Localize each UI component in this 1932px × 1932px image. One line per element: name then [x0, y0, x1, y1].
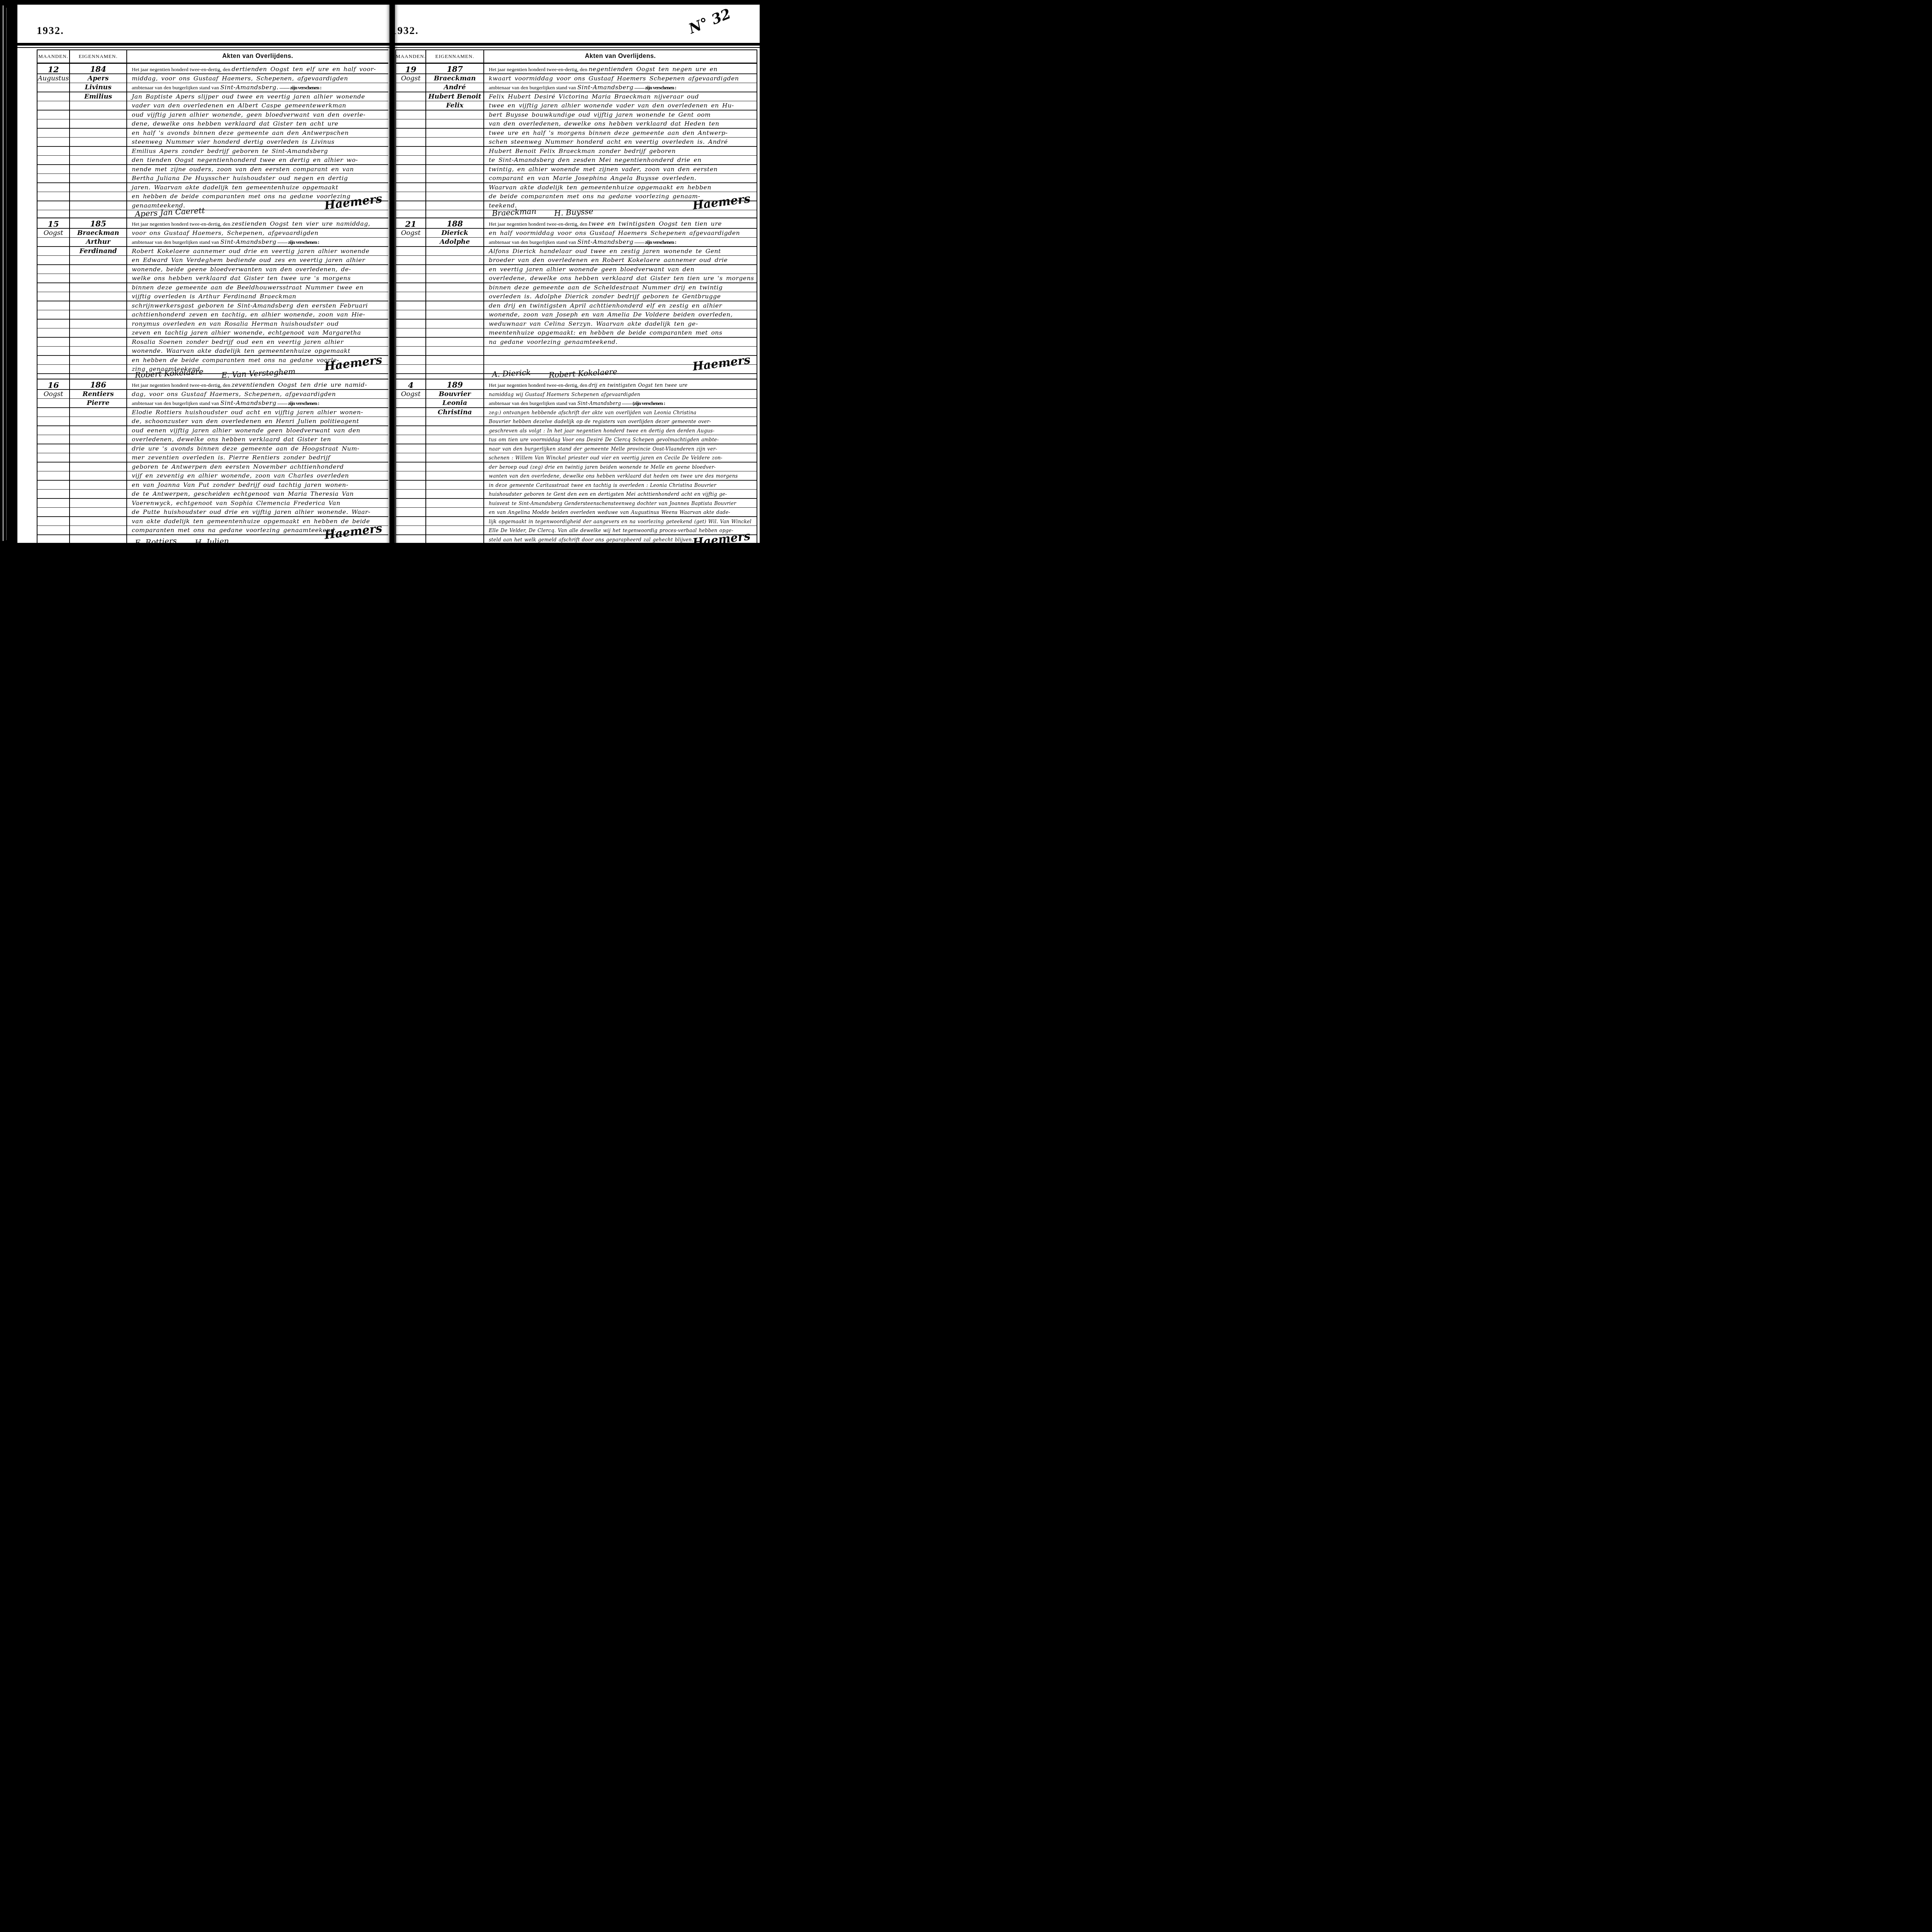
act-line: overledenen, dewelke ons hebben verklaar…	[132, 435, 384, 444]
name-cell: 184ApersLivinusEmilius	[70, 64, 127, 218]
register-entry: 19Oogst187BraeckmanAndréHubert BenoitFel…	[396, 64, 757, 218]
deceased-name-line: Hubert Benoit	[426, 92, 483, 102]
act-line: Jan Baptiste Apers slijper oud twee en v…	[132, 92, 384, 102]
handwritten-text: kwaart voormiddag voor ons Gustaaf Haeme…	[489, 75, 739, 82]
handwritten-text: negentienden Oogst ten negen ure en	[588, 66, 718, 73]
deceased-name-line: Bouvrier	[426, 390, 483, 399]
printed-form-text: Het jaar negentien honderd twee-en-derti…	[132, 382, 231, 388]
act-line-intro: Het jaar negentien honderd twee-en-derti…	[132, 219, 384, 229]
handwritten-text: dag, voor ons Gustaaf Haemers, Schepenen…	[132, 391, 336, 398]
act-line: voor ons Gustaaf Haemers, Schepenen, afg…	[132, 229, 384, 238]
month-cell: 15Oogst	[37, 218, 70, 379]
deceased-name-line: Pierre	[70, 399, 126, 408]
handwritten-text: dene, dewelke ons hebben verklaard dat G…	[132, 120, 338, 127]
act-line: vader van den overledenen en Albert Casp…	[132, 101, 384, 111]
witness-signature: Braeckman	[492, 207, 536, 218]
act-line: binnen deze gemeente aan de Scheldestraa…	[489, 283, 753, 293]
act-line: de te Antwerpen, gescheiden echtgenoot v…	[132, 490, 384, 499]
handwritten-text: Rosalia Soenen zonder bedrijf oud een en…	[132, 338, 344, 345]
act-line: steenweg Nummer vier honderd dertig over…	[132, 138, 384, 147]
act-line: schrijnwerkersgast geboren te Sint-Amand…	[132, 301, 384, 311]
act-line: huishoudster geboren te Gent den een en …	[489, 490, 753, 499]
register-page-left: 1932. MAANDEN. EIGENNAMEN. Akten van Ove…	[17, 5, 389, 543]
entry-month: Augustus	[37, 74, 69, 83]
header-rule-thick	[17, 43, 389, 46]
act-line: namiddag wij Gustaaf Haemers Schepenen a…	[489, 390, 753, 399]
deceased-name-line: André	[426, 83, 483, 92]
handwritten-text: Sint-Amandsberg	[577, 400, 621, 406]
act-line: Rosalia Soenen zonder bedrijf oud een en…	[132, 338, 384, 347]
column-header-akten: Akten van Overlijdens.	[484, 50, 757, 63]
handwritten-text: broeder van den overledenen en Robert Ko…	[489, 257, 728, 264]
witness-signature: Apers Jan Caerett	[135, 206, 205, 218]
handwritten-text: welke ons hebben verklaard dat Gister te…	[132, 275, 351, 282]
handwritten-text: Bertha Juliana De Huysscher huishoudster…	[132, 175, 348, 182]
handwritten-text: vader van den overledenen en Albert Casp…	[132, 102, 346, 109]
act-line: middag, voor ons Gustaaf Haemers, Schepe…	[132, 74, 384, 83]
act-line: oud vijftig jaren alhier wonende, geen b…	[132, 111, 384, 120]
printed-form-text: ambtenaar van den burgerlijken stand van	[132, 85, 220, 90]
handwritten-text: van akte dadelijk ten gemeentenhuize opg…	[132, 518, 370, 525]
act-line: den tienden Oogst negentienhonderd twee …	[132, 156, 384, 165]
book-page-edge	[3, 5, 3, 541]
act-line: jaren. Waarvan akte dadelijk ten gemeent…	[132, 183, 384, 192]
printed-form-text: —— zijn verschenen :	[634, 239, 676, 245]
witness-signature: Robert Kokelaere	[548, 367, 617, 379]
handwritten-text: zeventienden Oogst ten drie ure namid-	[231, 381, 367, 388]
witness-signature: H. Buysse	[554, 207, 594, 218]
handwritten-text: comparant en van Marie Josephina Angela …	[489, 175, 696, 182]
handwritten-text: zeven en tachtig jaren alhier wonende, e…	[132, 329, 361, 336]
handwritten-text: Sint-Amandsberg.	[220, 84, 279, 91]
handwritten-text: middag, voor ons Gustaaf Haemers, Schepe…	[132, 75, 348, 82]
act-line: twintig, en alhier wonende met zijnen va…	[489, 165, 753, 174]
act-number: 187	[426, 65, 483, 74]
printed-form-text: ambtenaar van den burgerlijken stand van	[489, 85, 577, 90]
register-entry: 15Oogst185BraeckmanArthurFerdinandHet ja…	[37, 218, 388, 379]
handwritten-text: namiddag wij Gustaaf Haemers Schepenen a…	[489, 391, 640, 397]
entry-month: Oogst	[37, 390, 69, 399]
handwritten-text: wonende, beide geene bloedverwanten van …	[132, 266, 351, 273]
register-entry: 4Oogst189BouvrierLeoniaChristinaHet jaar…	[396, 379, 757, 543]
act-line-officer: ambtenaar van den burgerlijken stand van…	[132, 83, 384, 92]
act-cell: Het jaar negentien honderd twee-en-derti…	[127, 64, 388, 218]
witness-signature: E. Van Versteghem	[221, 367, 296, 379]
month-cell: 21Oogst	[396, 218, 426, 379]
name-cell: 187BraeckmanAndréHubert BenoitFelix	[426, 64, 484, 218]
act-line-intro: Het jaar negentien honderd twee-en-derti…	[132, 381, 384, 390]
entry-day: 21	[396, 219, 425, 229]
handwritten-text: Jan Baptiste Apers slijper oud twee en v…	[132, 93, 365, 100]
act-line: dene, dewelke ons hebben verklaard dat G…	[132, 119, 384, 129]
act-line-officer: ambtenaar van den burgerlijken stand van…	[489, 83, 753, 92]
handwritten-text: geschreven als volgt : In het jaar negen…	[489, 428, 714, 434]
act-line: lijk opgemaakt in tegenwoordigheid der a…	[489, 517, 753, 526]
act-line: twee ure en half 's morgens binnen deze …	[489, 129, 753, 138]
handwritten-text: en hebben de beide comparanten met ons n…	[132, 193, 350, 200]
handwritten-text: Waarvan akte dadelijk ten gemeentenhuize…	[489, 184, 711, 191]
printed-form-text: ambtenaar van den burgerlijken stand van	[132, 239, 220, 245]
witness-signature: E. Rottiers	[134, 536, 177, 543]
act-line: kwaart voormiddag voor ons Gustaaf Haeme…	[489, 74, 753, 83]
column-header-eigennamen: EIGENNAMEN.	[70, 50, 127, 63]
handwritten-text: twee en vijftig jaren alhier wonende vad…	[489, 102, 734, 109]
handwritten-text: wonende. Waarvan akte dadelijk ten gemee…	[132, 347, 350, 354]
deceased-name-line: Braeckman	[426, 74, 483, 83]
handwritten-text: en hebben de beide comparanten met ons n…	[132, 357, 339, 364]
act-line: meentenhuize opgemaakt: en hebben de bei…	[489, 328, 753, 338]
handwritten-text: na gedane voorlezing genaamteekend.	[489, 338, 618, 345]
handwritten-text: twee en twintigsten Oogst ten tien ure	[588, 220, 722, 227]
year-label: 1932.	[37, 25, 64, 37]
act-cell: Het jaar negentien honderd twee-en-derti…	[484, 379, 757, 543]
act-line: dag, voor ons Gustaaf Haemers, Schepenen…	[132, 390, 384, 399]
printed-form-text: —— zijn verschenen :	[634, 85, 676, 90]
act-line: Bouvrier hebben dezelve dadelijk op de r…	[489, 417, 753, 426]
act-line: Felix Hubert Desiré Victorina Maria Brae…	[489, 92, 753, 102]
handwritten-text: schen steenweg Nummer honderd acht en ve…	[489, 138, 728, 145]
handwritten-text: de beide comparanten met ons na gedane v…	[489, 193, 700, 200]
printed-form-text: Het jaar negentien honderd twee-en-derti…	[132, 221, 231, 227]
act-line: der beroep oud (zeg) drie en twintig jar…	[489, 463, 753, 472]
act-cell: Het jaar negentien honderd twee-en-derti…	[127, 379, 388, 543]
deceased-name-line: Rentiers	[70, 390, 126, 399]
handwritten-text: dertienden Oogst ten elf ure en half voo…	[231, 66, 376, 73]
act-line: de, schoonzuster van den overledenen en …	[132, 417, 384, 426]
act-line: binnen deze gemeente aan de Beeldhouwers…	[132, 283, 384, 293]
handwritten-text: Vaerenwyck, echtgenoot van Sophia Clemen…	[132, 500, 340, 507]
month-cell: 16Oogst	[37, 379, 70, 543]
handwritten-text: Sint-Amandsberg	[577, 238, 633, 245]
act-number: 188	[426, 219, 483, 229]
handwritten-text: de Putte huishoudster oud drie en vijfti…	[132, 509, 371, 515]
printed-form-text: Het jaar negentien honderd twee-en-derti…	[132, 66, 231, 72]
book-page-edge-shadow	[6, 8, 7, 540]
handwritten-text: de, schoonzuster van den overledenen en …	[132, 418, 359, 425]
act-line: geschreven als volgt : In het jaar negen…	[489, 426, 753, 435]
deceased-name-line: Christina	[426, 408, 483, 417]
act-line: Alfons Dierick handelaar oud twee en zes…	[489, 247, 753, 256]
act-line: tus om tien ure voormiddag Voor ons Desi…	[489, 435, 753, 444]
act-line: naar van den burgerlijken stand der geme…	[489, 444, 753, 454]
handwritten-text: en Edward Van Verdeghem bediende oud zes…	[132, 257, 365, 264]
act-number: 184	[70, 65, 126, 74]
column-header-akten: Akten van Overlijdens.	[127, 50, 388, 63]
handwritten-text: de te Antwerpen, gescheiden echtgenoot v…	[132, 490, 354, 497]
act-line: en Edward Van Verdeghem bediende oud zes…	[132, 256, 384, 265]
act-line: Waarvan akte dadelijk ten gemeentenhuize…	[489, 183, 753, 192]
act-line-officer: ambtenaar van den burgerlijken stand van…	[132, 399, 384, 408]
printed-form-text: —— zijn verschenen :	[279, 85, 321, 90]
act-line: huisvest te Sint-Amandsberg Gendersteens…	[489, 499, 753, 508]
act-line: nende met zijne ouders, zoon van den eer…	[132, 165, 384, 174]
deceased-name-line: Ferdinand	[70, 247, 126, 256]
handwritten-text: geboren te Antwerpen den eersten Novembe…	[132, 463, 344, 470]
deceased-name-line: Livinus	[70, 83, 126, 92]
handwritten-text: wonende, zoon van Joseph en van Amelia D…	[489, 311, 733, 318]
handwritten-text: schenen : Willem Van Winckel priester ou…	[489, 455, 723, 461]
act-line: overledene, dewelke ons hebben verklaard…	[489, 274, 753, 283]
handwritten-text: vijftig overleden is Arthur Ferdinand Br…	[132, 293, 296, 300]
act-line: en half voormiddag voor ons Gustaaf Haem…	[489, 229, 753, 238]
header-rule-thin	[395, 47, 760, 48]
register-entry: 21Oogst188DierickAdolpheHet jaar negenti…	[396, 218, 757, 379]
act-line: bert Buysse bouwkundige oud vijftig jare…	[489, 111, 753, 120]
handwritten-text: Alfons Dierick handelaar oud twee en zes…	[489, 248, 721, 255]
deceased-name-line: Leonia	[426, 399, 483, 408]
entries-left: 12Augustus184ApersLivinusEmiliusHet jaar…	[37, 64, 388, 543]
handwritten-text: en half 's avonds binnen deze gemeente a…	[132, 129, 349, 136]
entry-day: 16	[37, 381, 69, 390]
act-line: te Sint-Amandsberg den zesden Mei negent…	[489, 156, 753, 165]
deceased-name-line: Emilius	[70, 92, 126, 102]
act-line: oud eenen vijftig jaren alhier wonende g…	[132, 426, 384, 435]
month-cell: 19Oogst	[396, 64, 426, 218]
handwritten-text: mer zeventien overleden is. Pierre Renti…	[132, 454, 330, 461]
act-cell: Het jaar negentien honderd twee-en-derti…	[484, 218, 757, 379]
printed-form-text: Het jaar negentien honderd twee-en-derti…	[489, 221, 588, 227]
name-cell: 185BraeckmanArthurFerdinand	[70, 218, 127, 379]
act-line: wanten van den overledene, dewelke ons h…	[489, 471, 753, 481]
handwritten-text: en van Angelina Modde beiden overleden w…	[489, 509, 730, 515]
header-rule-thin	[17, 47, 389, 48]
act-line: Robert Kokelaere aannemer oud drie en ve…	[132, 247, 384, 256]
handwritten-text: meentenhuize opgemaakt: en hebben de bei…	[489, 329, 722, 336]
deceased-name-line: Apers	[70, 74, 126, 83]
table-header-row: MAANDEN. EIGENNAMEN. Akten van Overlijde…	[396, 50, 757, 64]
name-cell: 186RentiersPierre	[70, 379, 127, 543]
handwritten-text: oud vijftig jaren alhier wonende, geen b…	[132, 111, 366, 118]
handwritten-text: zestienden Oogst ten vier ure namiddag,	[231, 220, 370, 227]
act-line: en van Joanna Van Put zonder bedrijf oud…	[132, 481, 384, 490]
table-header-row: MAANDEN. EIGENNAMEN. Akten van Overlijde…	[37, 50, 388, 64]
register-table: MAANDEN. EIGENNAMEN. Akten van Overlijde…	[37, 49, 388, 543]
handwritten-text: in deze gemeente Caritasstraat twee en t…	[489, 482, 716, 488]
deceased-name-line: Adolphe	[426, 238, 483, 247]
entry-month: Oogst	[396, 74, 425, 83]
act-line: Elodie Rottiers huishoudster oud acht en…	[132, 408, 384, 417]
handwritten-text: Sint-Amandsberg	[220, 400, 276, 406]
handwritten-text: achttienhonderd zeven en tachtig, en alh…	[132, 311, 365, 318]
act-line: Vaerenwyck, echtgenoot van Sophia Clemen…	[132, 499, 384, 508]
handwritten-text: bert Buysse bouwkundige oud vijftig jare…	[489, 111, 711, 118]
act-line: ronymus overleden en van Rosalia Herman …	[132, 320, 384, 329]
handwritten-text: en half voormiddag voor ons Gustaaf Haem…	[489, 230, 740, 236]
act-line: geboren te Antwerpen den eersten Novembe…	[132, 463, 384, 472]
printed-form-text: ambtenaar van den burgerlijken stand van	[489, 400, 577, 406]
handwritten-text: huishoudster geboren te Gent den een en …	[489, 491, 727, 497]
act-line: broeder van den overledenen en Robert Ko…	[489, 256, 753, 265]
deceased-name-line: Braeckman	[70, 229, 126, 238]
handwritten-text: Elodie Rottiers huishoudster oud acht en…	[132, 409, 363, 416]
handwritten-text: binnen deze gemeente aan de Beeldhouwers…	[132, 284, 364, 291]
handwritten-text: steenweg Nummer vier honderd dertig over…	[132, 138, 335, 145]
act-line: wonende. Waarvan akte dadelijk ten gemee…	[132, 347, 384, 356]
act-line: twee en vijftig jaren alhier wonende vad…	[489, 101, 753, 111]
act-line-intro: Het jaar negentien honderd twee-en-derti…	[489, 65, 753, 74]
act-line: schenen : Willem Van Winckel priester ou…	[489, 453, 753, 463]
handwritten-text: Elle De Velder, De Clercq. Van alle dewe…	[489, 527, 733, 533]
act-line: comparant en van Marie Josephina Angela …	[489, 174, 753, 183]
printed-form-text: Het jaar negentien honderd twee-en-derti…	[489, 382, 588, 388]
act-line: de Putte huishoudster oud drie en vijfti…	[132, 508, 384, 517]
handwritten-text: binnen deze gemeente aan de Scheldestraa…	[489, 284, 723, 291]
act-cell: Het jaar negentien honderd twee-en-derti…	[127, 218, 388, 379]
handwritten-text: comparanten met ons na gedane voorlezing…	[132, 527, 337, 534]
act-line: en veertig jaren alhier wonende geen blo…	[489, 265, 753, 274]
page-number-annotation: N° 32	[686, 5, 733, 37]
column-header-eigennamen: EIGENNAMEN.	[426, 50, 484, 63]
act-line: welke ons hebben verklaard dat Gister te…	[132, 274, 384, 283]
printed-form-text: —— zijn verschenen :	[277, 400, 319, 406]
register-page-right: 1932. N° 32 MAANDEN. EIGENNAMEN. Akten v…	[395, 5, 760, 543]
register-entry: 12Augustus184ApersLivinusEmiliusHet jaar…	[37, 64, 388, 218]
act-line-officer: ambtenaar van den burgerlijken stand van…	[489, 399, 753, 408]
act-line: van akte dadelijk ten gemeentenhuize opg…	[132, 517, 384, 526]
act-line: zeven en tachtig jaren alhier wonende, e…	[132, 328, 384, 338]
act-line: overleden is. Adolphe Dierick zonder bed…	[489, 292, 753, 301]
register-table: MAANDEN. EIGENNAMEN. Akten van Overlijde…	[395, 49, 757, 543]
entry-day: 12	[37, 65, 69, 74]
handwritten-text: huisvest te Sint-Amandsberg Gendersteens…	[489, 500, 736, 506]
month-cell: 12Augustus	[37, 64, 70, 218]
header-rule-thick	[395, 43, 760, 46]
act-line: vijftig overleden is Arthur Ferdinand Br…	[132, 292, 384, 301]
printed-form-text: ambtenaar van den burgerlijken stand van	[132, 400, 220, 406]
printed-form-text: —— zijn verschenen :	[277, 239, 319, 245]
handwritten-text: zeg:) ontvangen hebbende afschrift der a…	[489, 410, 696, 415]
entry-day: 19	[396, 65, 425, 74]
act-line: drie ure 's avonds binnen deze gemeente …	[132, 444, 384, 454]
handwritten-text: ronymus overleden en van Rosalia Herman …	[132, 320, 339, 327]
act-line-intro: Het jaar negentien honderd twee-en-derti…	[132, 65, 384, 74]
name-cell: 189BouvrierLeoniaChristina	[426, 379, 484, 543]
act-line: wonende, beide geene bloedverwanten van …	[132, 265, 384, 274]
handwritten-text: Sint-Amandsberg	[220, 238, 276, 245]
act-number: 185	[70, 219, 126, 229]
act-number: 189	[426, 381, 483, 390]
handwritten-text: twintig, en alhier wonende met zijnen va…	[489, 166, 718, 173]
handwritten-text: tus om tien ure voormiddag Voor ons Desi…	[489, 437, 719, 442]
act-cell: Het jaar negentien honderd twee-en-derti…	[484, 64, 757, 218]
entries-right: 19Oogst187BraeckmanAndréHubert BenoitFel…	[396, 64, 757, 543]
act-line: Emilius Apers zonder bedrijf geboren te …	[132, 147, 384, 156]
act-number: 186	[70, 381, 126, 390]
handwritten-text: weduwnaar van Celina Serzyn. Waarvan akt…	[489, 320, 698, 327]
handwritten-text: Bouvrier hebben dezelve dadelijk op de r…	[489, 418, 711, 424]
handwritten-text: Hubert Benoit Felix Braeckman zonder bed…	[489, 148, 676, 155]
handwritten-text: jaren. Waarvan akte dadelijk ten gemeent…	[132, 184, 338, 191]
handwritten-text: vijf en zeventig en alhier wonende, zoon…	[132, 472, 349, 479]
witness-signatures: E. RottiersH. Julien	[135, 537, 334, 543]
witness-signature: Robert Kokelaere	[135, 367, 204, 379]
handwritten-text: overledene, dewelke ons hebben verklaard…	[489, 275, 754, 282]
handwritten-text: Robert Kokelaere aannemer oud drie en ve…	[132, 248, 369, 255]
witness-signatures: Apers Jan Caerett	[135, 208, 334, 217]
handwritten-text: der beroep oud (zeg) drie en twintig jar…	[489, 464, 716, 470]
handwritten-text: voor ons Gustaaf Haemers, Schepenen, afg…	[132, 230, 318, 236]
act-line: achttienhonderd zeven en tachtig, en alh…	[132, 310, 384, 320]
act-line: wonende, zoon van Joseph en van Amelia D…	[489, 310, 753, 320]
handwritten-text: te Sint-Amandsberg den zesden Mei negent…	[489, 156, 702, 163]
handwritten-text: overledenen, dewelke ons hebben verklaar…	[132, 436, 331, 443]
witness-signatures: A. DierickRobert Kokelaere	[492, 369, 702, 378]
handwritten-text: lijk opgemaakt in tegenwoordigheid der a…	[489, 519, 752, 524]
handwritten-text: drie ure 's avonds binnen deze gemeente …	[132, 445, 359, 452]
register-entry: 16Oogst186RentiersPierreHet jaar negenti…	[37, 379, 388, 543]
witness-signature: A. Dierick	[492, 368, 531, 379]
entry-month: Oogst	[396, 229, 425, 238]
entry-month: Oogst	[396, 390, 425, 399]
witness-signatures: Robert KokelaereE. Van Versteghem	[135, 369, 334, 378]
official-signature: Haemers	[692, 355, 751, 371]
act-line: mer zeventien overleden is. Pierre Renti…	[132, 453, 384, 463]
act-line: vijf en zeventig en alhier wonende, zoon…	[132, 471, 384, 481]
printed-form-text: ambtenaar van den burgerlijken stand van	[489, 239, 577, 245]
witness-signature: H. Julien	[194, 536, 229, 543]
handwritten-text: en van Joanna Van Put zonder bedrijf oud…	[132, 481, 349, 488]
act-line: zeg:) ontvangen hebbende afschrift der a…	[489, 408, 753, 417]
handwritten-text: Emilius Apers zonder bedrijf geboren te …	[132, 148, 328, 155]
month-cell: 4Oogst	[396, 379, 426, 543]
act-line-intro: Het jaar negentien honderd twee-en-derti…	[489, 219, 753, 229]
handwritten-text: Sint-Amandsberg	[577, 84, 633, 91]
act-line-officer: ambtenaar van den burgerlijken stand van…	[489, 238, 753, 247]
entry-day: 4	[396, 381, 425, 390]
deceased-name-line: Dierick	[426, 229, 483, 238]
handwritten-text: Felix Hubert Desiré Victorina Maria Brae…	[489, 93, 699, 100]
deceased-name-line: Arthur	[70, 238, 126, 247]
handwritten-text: overleden is. Adolphe Dierick zonder bed…	[489, 293, 721, 300]
act-line: schen steenweg Nummer honderd acht en ve…	[489, 138, 753, 147]
year-label: 1932.	[395, 25, 419, 37]
act-line: en van Angelina Modde beiden overleden w…	[489, 508, 753, 517]
act-line-officer: ambtenaar van den burgerlijken stand van…	[132, 238, 384, 247]
witness-signatures: BraeckmanH. Buysse	[492, 208, 702, 217]
handwritten-text: en veertig jaren alhier wonende geen blo…	[489, 266, 694, 273]
printed-form-text: —— (zijn verschenen :	[621, 400, 665, 406]
deceased-name-line: Felix	[426, 101, 483, 111]
handwritten-text: den tienden Oogst negentienhonderd twee …	[132, 156, 358, 163]
act-line: Bertha Juliana De Huysscher huishoudster…	[132, 174, 384, 183]
handwritten-text: oud eenen vijftig jaren alhier wonende g…	[132, 427, 361, 434]
act-line: weduwnaar van Celina Serzyn. Waarvan akt…	[489, 320, 753, 329]
scanned-death-register-spread: 1932. MAANDEN. EIGENNAMEN. Akten van Ove…	[0, 0, 763, 556]
handwritten-text: twee ure en half 's morgens binnen deze …	[489, 129, 728, 136]
act-line-intro: Het jaar negentien honderd twee-en-derti…	[489, 381, 753, 390]
printed-form-text: Het jaar negentien honderd twee-en-derti…	[489, 66, 588, 72]
handwritten-text: steld aan het welk gemeld afschrift door…	[489, 537, 694, 543]
handwritten-text: naar van den burgerlijken stand der geme…	[489, 446, 717, 452]
entry-day: 15	[37, 219, 69, 229]
act-line: den drij en twintigsten April achttienho…	[489, 301, 753, 311]
entry-month: Oogst	[37, 229, 69, 238]
handwritten-text: van den overledenen, dewelke ons hebben …	[489, 120, 719, 127]
handwritten-text: drij en twintigsten Oogst ten twee ure	[588, 382, 687, 388]
handwritten-text: wanten van den overledene, dewelke ons h…	[489, 473, 738, 479]
act-line: en half 's avonds binnen deze gemeente a…	[132, 129, 384, 138]
column-header-maanden: MAANDEN.	[396, 50, 426, 63]
handwritten-text: den drij en twintigsten April achttienho…	[489, 302, 722, 309]
act-line: na gedane voorlezing genaamteekend.	[489, 338, 753, 347]
handwritten-text: nende met zijne ouders, zoon van den eer…	[132, 166, 354, 173]
act-line: van den overledenen, dewelke ons hebben …	[489, 119, 753, 129]
act-line: Hubert Benoit Felix Braeckman zonder bed…	[489, 147, 753, 156]
name-cell: 188DierickAdolphe	[426, 218, 484, 379]
column-header-maanden: MAANDEN.	[37, 50, 70, 63]
handwritten-text: schrijnwerkersgast geboren te Sint-Amand…	[132, 302, 368, 309]
act-line: in deze gemeente Caritasstraat twee en t…	[489, 481, 753, 490]
